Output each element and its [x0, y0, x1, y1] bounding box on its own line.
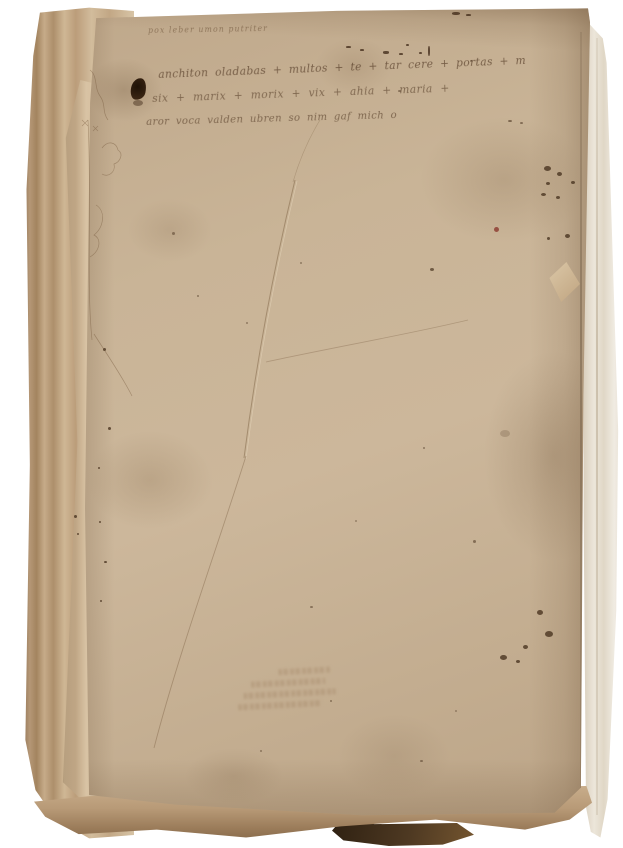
- marginalia-line-2: anchiton oladabas + multos + te + tar ce…: [158, 54, 526, 81]
- ink-smudge: [133, 100, 143, 106]
- gutter-crease: [580, 32, 582, 792]
- marginalia-line-3: six + marix + morix + vix + ahia + maria…: [152, 82, 450, 105]
- red-pigment-speck: [494, 227, 499, 232]
- ink-blot: [129, 77, 148, 102]
- manuscript-photo: pox leber umon putriter anchiton oladaba…: [0, 0, 623, 848]
- ink-showthrough: [237, 665, 370, 732]
- vellum-page: pox leber umon putriter anchiton oladaba…: [84, 6, 590, 816]
- cover-crease-line: [596, 38, 598, 815]
- marginalia-line-1: pox leber umon putriter: [148, 24, 268, 35]
- edge-tear-flap: [546, 262, 580, 302]
- marginalia-line-4: aror voca valden ubren so nim gaf mich o: [146, 109, 397, 128]
